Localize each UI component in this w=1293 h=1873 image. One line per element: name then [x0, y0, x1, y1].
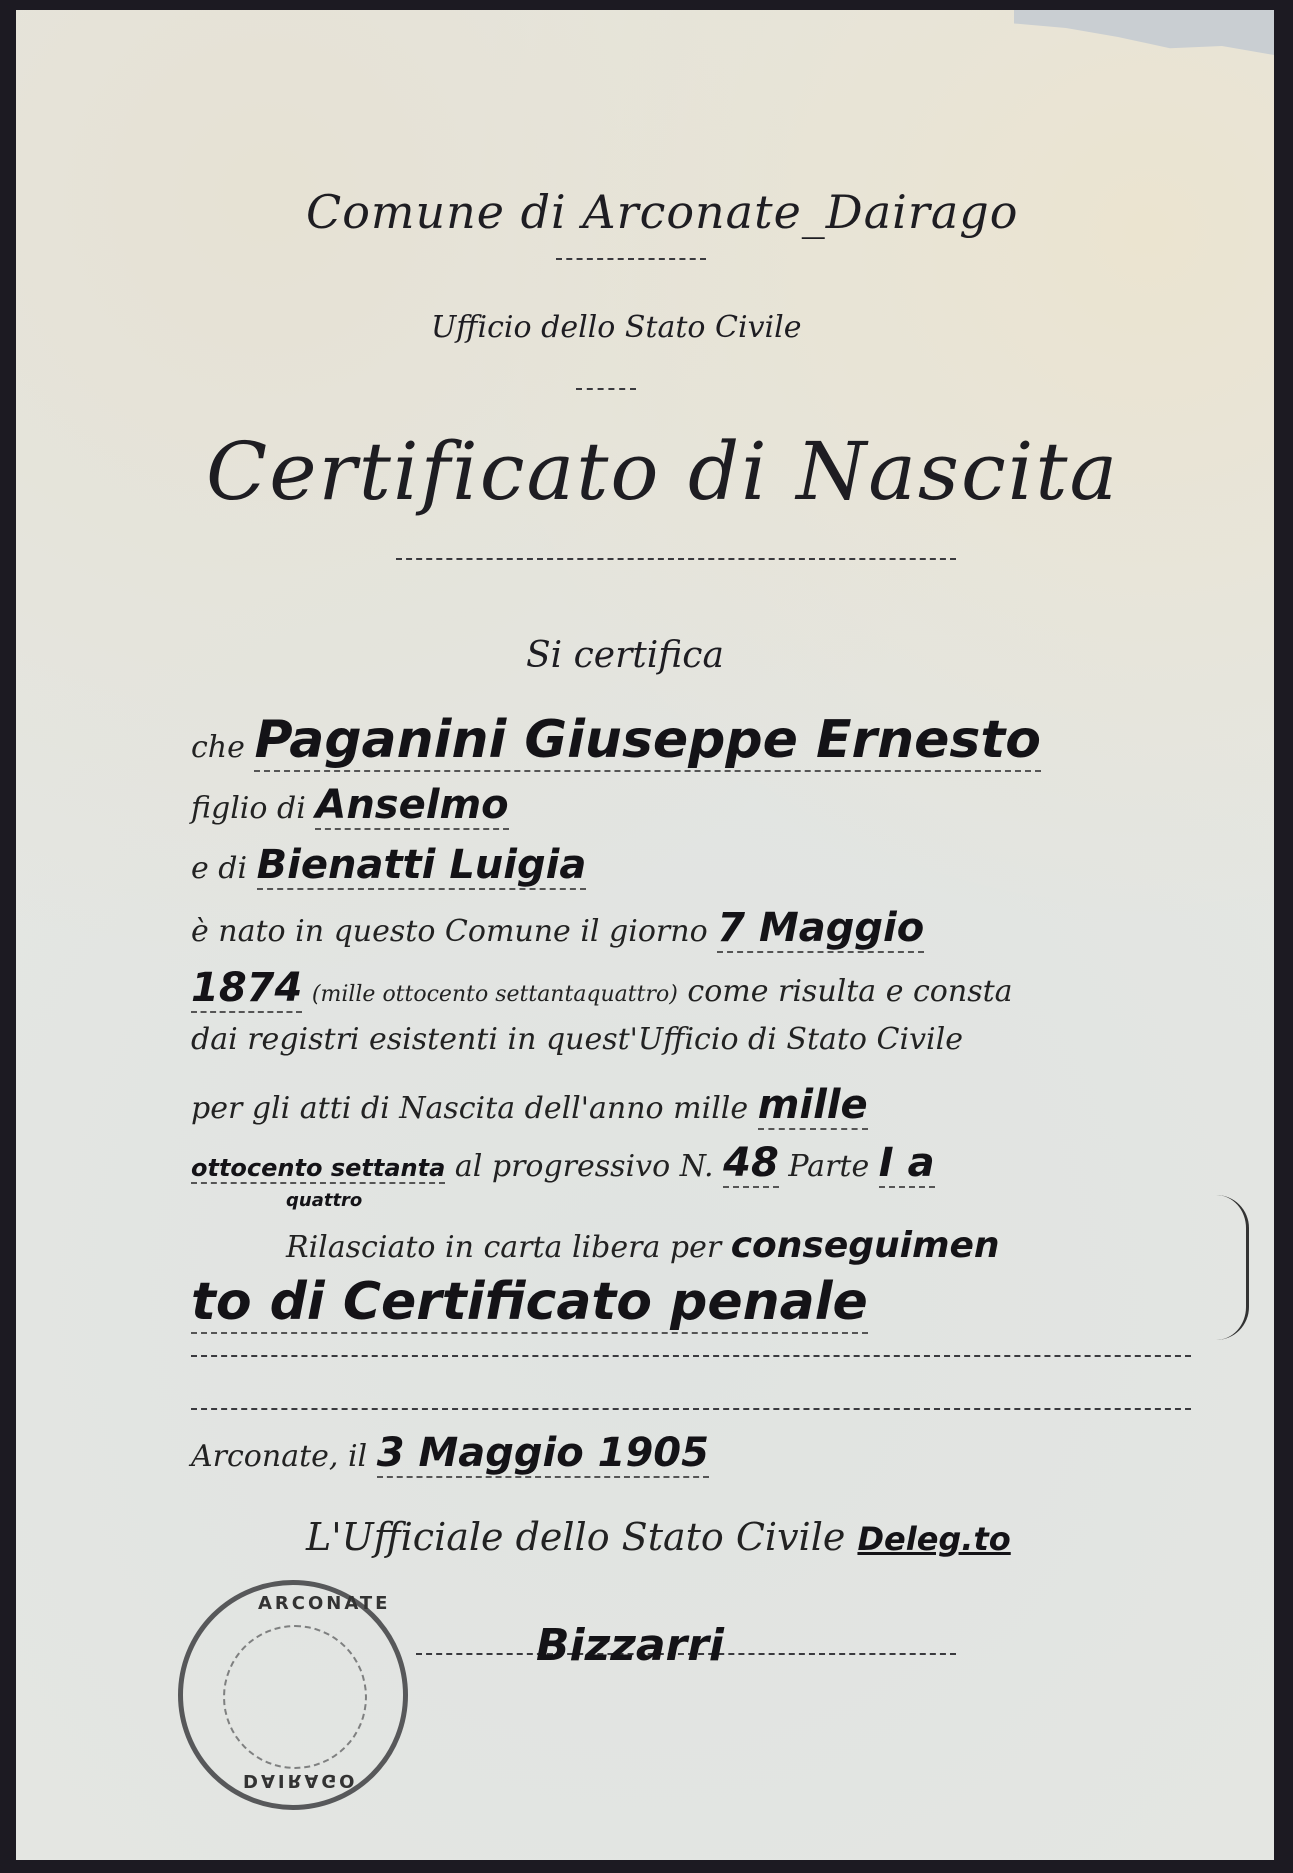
divider — [191, 1408, 1191, 1410]
line-officer: L'Ufficiale dello Stato Civile Deleg.to — [306, 1515, 1011, 1559]
child-name: Paganini Giuseppe Ernesto — [254, 710, 1041, 772]
line-issued: Rilasciato in carta libera per conseguim… — [286, 1225, 1000, 1266]
official-stamp: ARCONATE DAIRAGO — [178, 1580, 408, 1810]
stamp-bottom-text: DAIRAGO — [243, 1770, 357, 1791]
divider — [396, 558, 956, 560]
acts-text: per gli atti di Nascita dell'anno mille — [191, 1091, 748, 1126]
divider — [576, 388, 636, 390]
line-place-date: Arconate, il 3 Maggio 1905 — [191, 1430, 709, 1476]
birth-year-words: (mille ottocento settantaquattro) — [312, 982, 678, 1007]
label-father: figlio di — [191, 791, 306, 826]
torn-corner — [1014, 10, 1274, 55]
place-label: Arconate, il — [191, 1439, 367, 1474]
issued-purpose-2: to di Certificato penale — [191, 1272, 868, 1334]
birth-date: 7 Maggio — [717, 905, 924, 953]
label-born: è nato in questo Comune il giorno — [191, 914, 708, 949]
officer-label: L'Ufficiale dello Stato Civile — [306, 1515, 845, 1559]
line-mother: e di Bienatti Luigia — [191, 842, 586, 888]
father-name: Anselmo — [315, 782, 508, 830]
issued-purpose-1: conseguimen — [731, 1225, 1000, 1266]
officer-title: Deleg.to — [857, 1520, 1010, 1558]
certifies-heading: Si certifica — [526, 635, 724, 676]
label-mother: e di — [191, 851, 247, 886]
office-header: Ufficio dello Stato Civile — [431, 310, 801, 345]
register-number: 48 — [723, 1140, 779, 1188]
margin-note: quattro — [286, 1190, 362, 1211]
part-value: I a — [879, 1140, 935, 1188]
divider — [191, 1355, 1191, 1357]
margin-bracket — [1216, 1195, 1249, 1340]
line-name: che Paganini Giuseppe Ernesto — [191, 710, 1041, 770]
divider — [556, 258, 706, 260]
line-father: figlio di Anselmo — [191, 782, 509, 828]
line-progressive: ottocento settanta al progressivo N. 48 … — [191, 1140, 935, 1186]
stamp-top-text: ARCONATE — [258, 1593, 390, 1614]
mother-name: Bienatti Luigia — [257, 842, 587, 890]
line-birth: è nato in questo Comune il giorno 7 Magg… — [191, 905, 924, 951]
signature: Bizzarri — [536, 1620, 724, 1671]
issued-text: Rilasciato in carta libera per — [286, 1230, 721, 1265]
year-words-cont: ottocento settanta — [191, 1154, 445, 1184]
birth-year: 1874 — [191, 965, 302, 1013]
part-label: Parte — [788, 1149, 869, 1184]
issue-date: 3 Maggio 1905 — [377, 1430, 709, 1478]
registers-text: dai registri esistenti in quest'Ufficio … — [191, 1022, 963, 1057]
line-acts: per gli atti di Nascita dell'anno mille … — [191, 1082, 868, 1128]
municipality-header: Comune di Arconate_Dairago — [306, 185, 1018, 239]
results-text: come risulta e consta — [687, 974, 1012, 1009]
line-purpose: to di Certificato penale — [191, 1272, 868, 1332]
stamp-emblem — [223, 1625, 367, 1769]
line-registers: dai registri esistenti in quest'Ufficio … — [191, 1022, 963, 1057]
line-birth-year: 1874 (mille ottocento settantaquattro) c… — [191, 965, 1013, 1011]
document-title: Certificato di Nascita — [206, 425, 1119, 518]
progressive-label: al progressivo N. — [455, 1149, 714, 1184]
year-words: mille — [758, 1082, 868, 1130]
label-che: che — [191, 730, 245, 765]
certificate-paper: Comune di Arconate_Dairago Ufficio dello… — [16, 10, 1274, 1860]
